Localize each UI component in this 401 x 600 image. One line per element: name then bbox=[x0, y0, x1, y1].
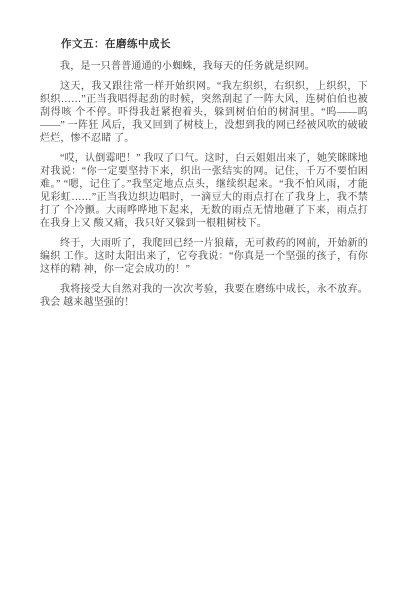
essay-page: 作文五：在磨练中成长 我，是一只普普通通的小蜘蛛，我每天的任务就是织网。 这天，… bbox=[0, 0, 401, 600]
essay-paragraph-2: 这天，我又跟往常一样开始织网。“我左织织，右织织，上织织，下织织……”正当我唱得… bbox=[40, 80, 368, 145]
essay-paragraph-5: 我将接受大自然对我的一次次考验，我要在磨练中成长，永不放弃。我会 越来越坚强的！ bbox=[40, 283, 368, 309]
essay-paragraph-1: 我，是一只普普通通的小蜘蛛，我每天的任务就是织网。 bbox=[40, 60, 368, 73]
essay-title: 作文五：在磨练中成长 bbox=[61, 36, 368, 51]
essay-paragraph-3: “哎，认倒霉吧！” 我叹了口气。这时，白云姐姐出来了，她笑眯眯地对我说：“你一定… bbox=[40, 152, 368, 230]
essay-paragraph-4: 终于，大雨听了，我爬回已经一片狼藉，无可救药的网前，开始新的编织 工作。这时太阳… bbox=[40, 237, 368, 276]
essay-content: 作文五：在磨练中成长 我，是一只普普通通的小蜘蛛，我每天的任务就是织网。 这天，… bbox=[0, 0, 401, 309]
